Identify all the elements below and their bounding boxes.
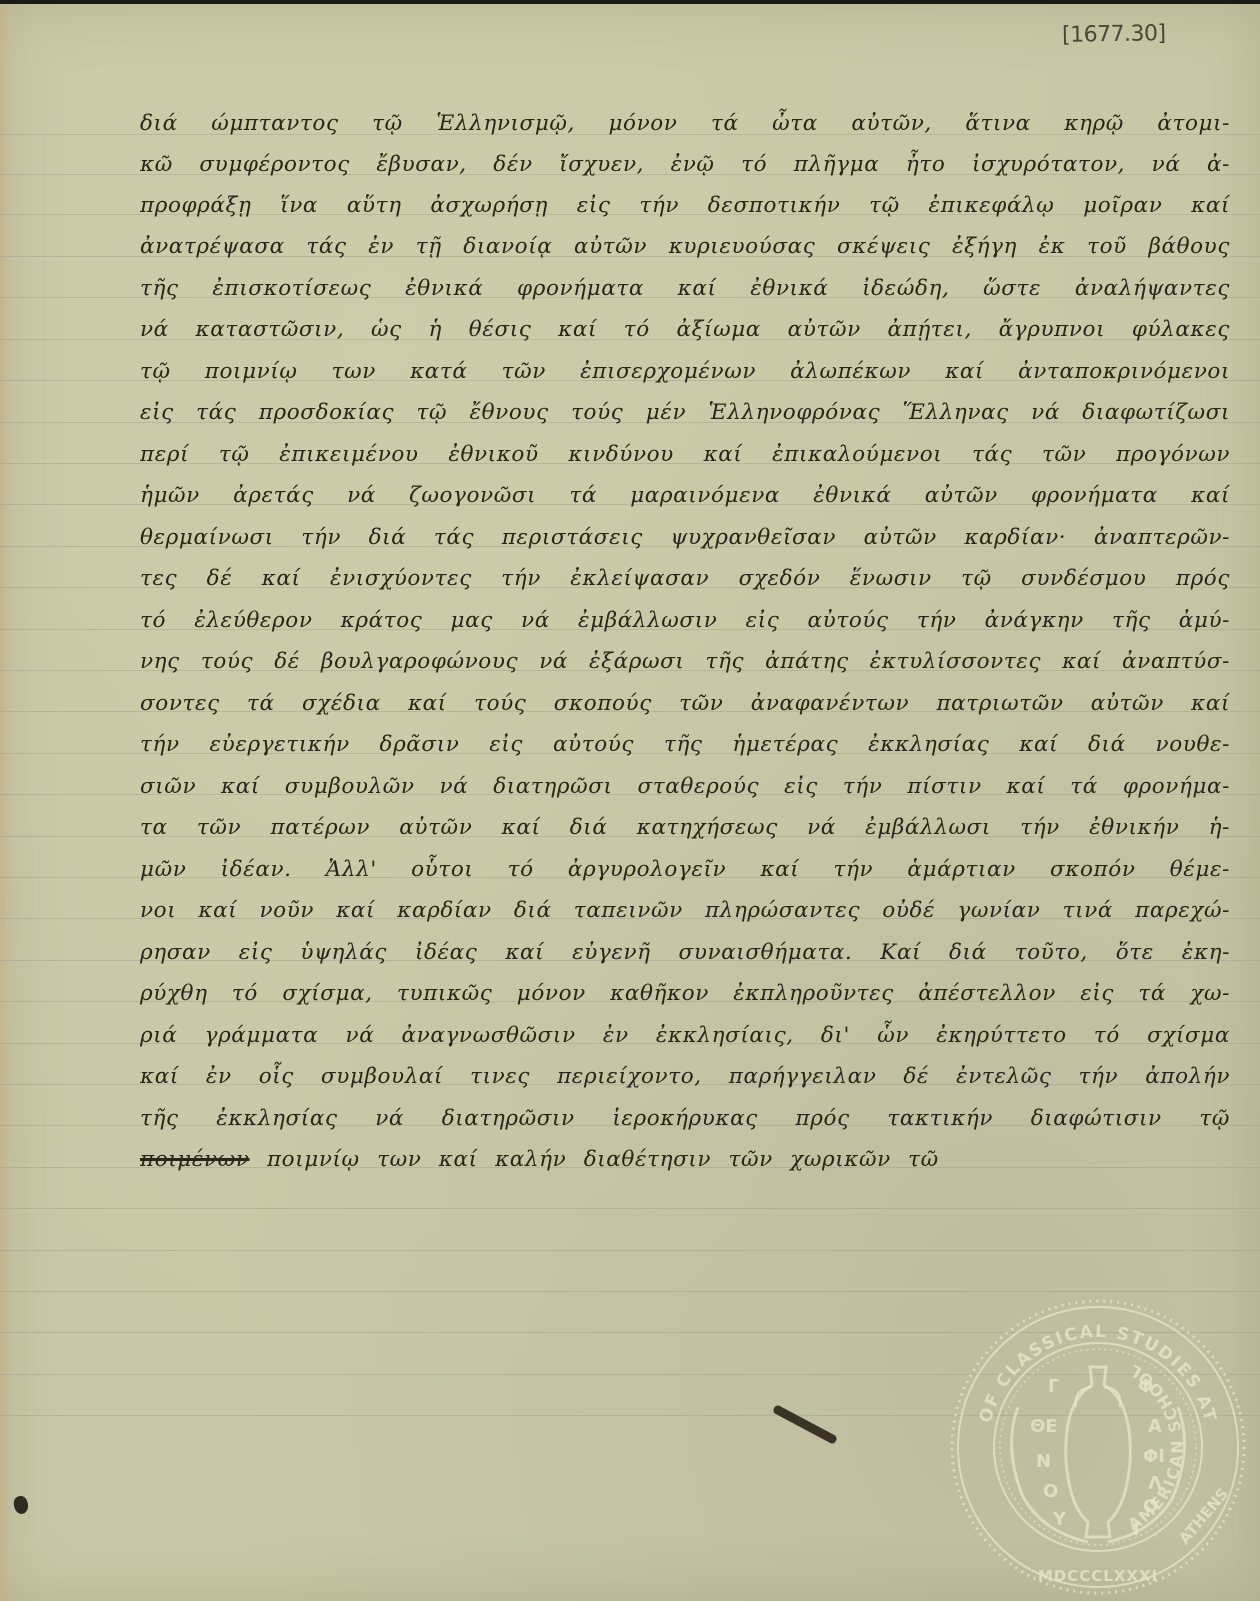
seal-letter: ΦΙ xyxy=(1143,1446,1165,1467)
seal-bottom-text: MDCCCLXXXI xyxy=(1038,1567,1158,1585)
text-line: τό ἐλεύθερον κράτος μας νά ἐμβάλλωσιν εἰ… xyxy=(140,601,1230,641)
text-line: εἰς τάς προσδοκίας τῷ ἔθνους τούς μέν Ἑλ… xyxy=(140,393,1230,433)
text-line: τῆς ἐκκλησίας νά διατηρῶσιν ἱεροκήρυκας … xyxy=(140,1099,1230,1139)
text-line: σοντες τά σχέδια καί τούς σκοπούς τῶν ἀν… xyxy=(140,684,1230,724)
ink-blot xyxy=(12,1494,30,1515)
text-line: ριά γράμματα νά ἀναγνωσθῶσιν ἐν ἐκκλησία… xyxy=(140,1016,1230,1056)
seal-letter: Ο xyxy=(1043,1481,1058,1502)
seal-letter: Υ xyxy=(1052,1509,1067,1530)
text-line: προφράξῃ ἵνα αὕτη ἀσχωρήσῃ εἰς τήν δεσπο… xyxy=(140,186,1230,226)
text-line: μῶν ἰδέαν. Ἀλλ' οὗτοι τό ἀργυρολογεῖν κα… xyxy=(140,850,1230,890)
seal-letter: Φ xyxy=(1138,1376,1153,1397)
text-line: τῆς ἐπισκοτίσεως ἐθνικά φρονήματα καί ἐθ… xyxy=(140,269,1230,309)
text-line: περί τῷ ἐπικειμένου ἐθνικοῦ κινδύνου καί… xyxy=(140,435,1230,475)
text-line: καί ἐν οἷς συμβουλαί τινες περιείχοντο, … xyxy=(140,1057,1230,1097)
seal-letter: Α xyxy=(1148,1416,1162,1437)
seal-letter: ΘΕ xyxy=(1030,1416,1058,1437)
seal-letter: Γ xyxy=(1048,1376,1059,1397)
text-line: θερμαίνωσι τήν διά τάς περιστάσεις ψυχρα… xyxy=(140,518,1230,558)
institution-seal-icon: OF CLASSICAL STUDIES AT AMERICAN SCHOOL … xyxy=(948,1297,1248,1597)
text-line: νης τούς δέ βουλγαροφώνους νά ἐξάρωσι τῆ… xyxy=(140,642,1230,682)
text-line: κῶ συμφέροντος ἔβυσαν, δέν ἴσχυεν, ἐνῷ τ… xyxy=(140,145,1230,185)
text-line: ἡμῶν ἀρετάς νά ζωογονῶσι τά μαραινόμενα … xyxy=(140,476,1230,516)
struck-word: ποιμένων xyxy=(140,1147,250,1172)
text-line: νοι καί νοῦν καί καρδίαν διά ταπεινῶν πλ… xyxy=(140,891,1230,931)
text-line: διά ώμπταντος τῷ Ἑλληνισμῷ, μόνον τά ὦτα… xyxy=(140,104,1230,144)
seal-letter: Ι xyxy=(1133,1519,1140,1540)
ruled-line xyxy=(0,1250,1260,1251)
seal-letter: Ν xyxy=(1036,1451,1051,1472)
manuscript-page: [1677.30] διά ώμπταντος τῷ Ἑλληνισμῷ, μό… xyxy=(0,4,1260,1601)
text-line: ρύχθη τό σχίσμα, τυπικῶς μόνον καθῆκον ἐ… xyxy=(140,974,1230,1014)
ruled-line xyxy=(0,1208,1260,1209)
ink-stroke-mark xyxy=(772,1404,838,1445)
text-line: τῷ ποιμνίῳ των κατά τῶν ἐπισερχομένων ἀλ… xyxy=(140,352,1230,392)
ruled-line xyxy=(0,1291,1260,1292)
seal-letter: Λ xyxy=(1148,1473,1162,1494)
text-line: ρησαν εἰς ὑψηλάς ἰδέας καί εὐγενῆ συναισ… xyxy=(140,933,1230,973)
text-line: τα τῶν πατέρων αὐτῶν καί διά κατηχήσεως … xyxy=(140,808,1230,848)
archive-reference-number: [1677.30] xyxy=(1062,21,1166,48)
text-line: ἀνατρέψασα τάς ἐν τῇ διανοίᾳ αὐτῶν κυριε… xyxy=(140,227,1230,267)
text-line: τήν εὐεργετικήν δρᾶσιν εἰς αὐτούς τῆς ἡμ… xyxy=(140,725,1230,765)
text-line-last: ποιμένων ποιμνίῳ των καί καλήν διαθέτησι… xyxy=(140,1140,940,1180)
seal-letter: Ο xyxy=(1143,1496,1158,1517)
text-line-remainder: ποιμνίῳ των καί καλήν διαθέτησιν τῶν χωρ… xyxy=(267,1147,940,1172)
text-line: νά καταστῶσιν, ὡς ἡ θέσις καί τό ἀξίωμα … xyxy=(140,310,1230,350)
page-left-edge xyxy=(0,4,10,1601)
text-line: σιῶν καί συμβουλῶν νά διατηρῶσι σταθερού… xyxy=(140,767,1230,807)
text-line: τες δέ καί ἐνισχύοντες τήν ἐκλείψασαν σχ… xyxy=(140,559,1230,599)
